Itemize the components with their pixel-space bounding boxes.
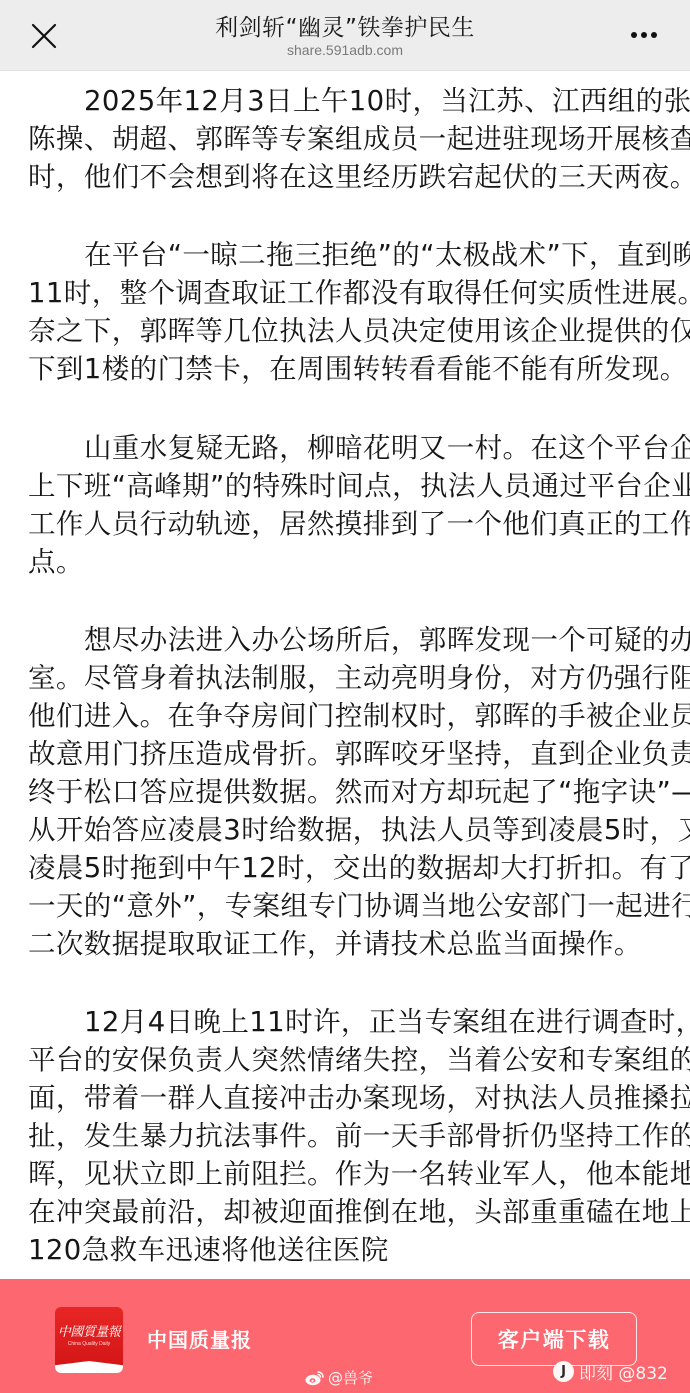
book-icon [55, 1361, 123, 1373]
article-line: 想尽办法进入办公场所后，郭晖发现一个可疑的办公 [84, 621, 690, 659]
more-options-button[interactable] [624, 22, 664, 48]
article-line: 上下班“高峰期”的特殊时间点，执法人员通过平台企业的 [28, 467, 690, 505]
page-domain: share.591adb.com [0, 42, 690, 58]
logo-subtext: China Quality Daily [55, 1341, 123, 1347]
article-line: 时，他们不会想到将在这里经历跌宕起伏的三天两夜。 [28, 158, 690, 196]
article-line: 120急救车迅速将他送往医院 [28, 1231, 389, 1269]
article-line: 工作人员行动轨迹，居然摸排到了一个他们真正的工作地 [28, 505, 690, 543]
article-line: 平台的安保负责人突然情绪失控，当着公安和专案组的 [28, 1041, 690, 1079]
article-line: 凌晨5时拖到中午12时，交出的数据却大打折扣。有了第 [28, 849, 690, 887]
logo-text: 中國質量報 [55, 1321, 123, 1340]
article-line: 二次数据提取取证工作，并请技术总监当面操作。 [28, 925, 642, 963]
page-title: 利剑斩“幽灵”铁拳护民生 [0, 9, 690, 42]
article-line: 室。尽管身着执法制服，主动亮明身份，对方仍强行阻止 [28, 659, 690, 697]
article-body[interactable]: 2025年12月3日上午10时，当江苏、江西组的张杰、 陈操、胡超、郭晖等专案组… [0, 71, 690, 1281]
article-line: 在平台“一晾二拖三拒绝”的“太极战术”下，直到晚上 [84, 236, 690, 274]
article-line: 面，带着一群人直接冲击办案现场，对执法人员推搡拉 [28, 1079, 690, 1117]
article-line: 12月4日晚上11时许，正当专案组在进行调查时，该 [84, 1003, 690, 1041]
article-line: 下到1楼的门禁卡，在周围转转看看能不能有所发现。 [28, 350, 688, 388]
article-line: 故意用门挤压造成骨折。郭晖咬牙坚持，直到企业负责人 [28, 735, 690, 773]
weibo-watermark: @兽爷 [305, 1367, 373, 1388]
article-line: 晖，见状立即上前阻拦。作为一名转业军人，他本能地挡 [28, 1155, 690, 1193]
article-line: 在冲突最前沿，却被迎面推倒在地，头部重重磕在地上。 [28, 1193, 690, 1231]
more-dots-icon [631, 32, 637, 38]
download-app-button[interactable]: 客户端下载 [471, 1312, 637, 1366]
article-line: 他们进入。在争夺房间门控制权时，郭晖的手被企业员工 [28, 697, 690, 735]
top-bar: 利剑斩“幽灵”铁拳护民生 share.591adb.com [0, 0, 690, 71]
more-dots-icon [651, 32, 657, 38]
article-line: 山重水复疑无路，柳暗花明又一村。在这个平台企业 [84, 429, 690, 467]
article-line: 点。 [28, 543, 84, 581]
app-logo[interactable]: 中國質量報 China Quality Daily [55, 1307, 123, 1373]
jike-logo-icon: J [553, 1361, 574, 1382]
article-line: 2025年12月3日上午10时，当江苏、江西组的张杰、 [84, 82, 690, 120]
article-line: 11时，整个调查取证工作都没有取得任何实质性进展。无 [28, 274, 690, 312]
article-line: 扯，发生暴力抗法事件。前一天手部骨折仍坚持工作的郭 [28, 1117, 690, 1155]
more-dots-icon [641, 32, 647, 38]
article-line: 从开始答应凌晨3时给数据，执法人员等到凌晨5时，又从 [28, 811, 690, 849]
app-download-banner: 中國質量報 China Quality Daily 中国质量报 客户端下载 @兽… [0, 1279, 690, 1393]
jike-handle: 即刻 @832 [579, 1359, 668, 1384]
article-line: 终于松口答应提供数据。然而对方却玩起了“拖字诀”—— [28, 773, 690, 811]
app-name: 中国质量报 [147, 1324, 252, 1353]
article-line: 奈之下，郭晖等几位执法人员决定使用该企业提供的仅能 [28, 312, 690, 350]
article-line: 一天的“意外”，专案组专门协调当地公安部门一起进行第 [28, 887, 690, 925]
weibo-icon [305, 1370, 325, 1386]
weibo-handle: @兽爷 [328, 1367, 373, 1388]
jike-watermark: J 即刻 @832 [553, 1359, 668, 1384]
article-line: 陈操、胡超、郭晖等专案组成员一起进驻现场开展核查 [28, 120, 690, 158]
